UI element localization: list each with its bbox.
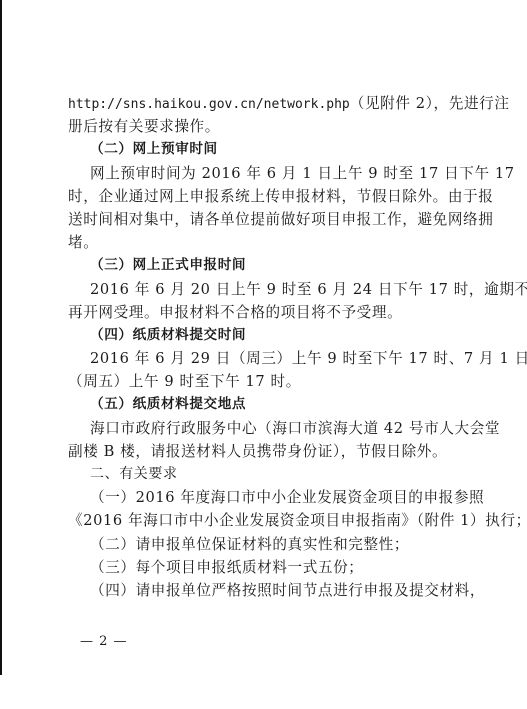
body-line: 副楼 B 楼，请报送材料人员携带身份证），节假日除外。 <box>68 440 440 463</box>
body-line: 2016 年 6 月 20 日上午 9 时至 6 月 24 日下午 17 时，逾… <box>68 278 440 301</box>
section-subheading-online-formal-submission: （三）网上正式申报时间 <box>68 254 440 277</box>
body-line: （四）请申报单位严格按照时间节点进行申报及提交材料， <box>68 579 440 602</box>
body-line: （一）2016 年度海口市中小企业发展资金项目的申报参照 <box>68 486 440 509</box>
body-line: 2016 年 6 月 29 日（周三）上午 9 时至下午 17 时、7 月 1 … <box>68 347 440 370</box>
body-line: （三）每个项目申报纸质材料一式五份； <box>68 556 440 579</box>
body-line: （二）请申报单位保证材料的真实性和完整性； <box>68 533 440 556</box>
url-line: http://sns.haikou.gov.cn/network.php（见附件… <box>68 92 440 115</box>
url-line-rest: （见附件 2），先进行注 <box>350 95 510 112</box>
document-page: http://sns.haikou.gov.cn/network.php（见附件… <box>68 92 440 602</box>
section-heading-requirements: 二、有关要求 <box>68 463 440 486</box>
body-line: （周五）上午 9 时至下午 17 时。 <box>68 370 440 393</box>
body-line: 《2016 年海口市中小企业发展资金项目申报指南》（附件 1）执行； <box>68 509 440 532</box>
section-subheading-paper-submission-location: （五）纸质材料提交地点 <box>68 393 440 416</box>
page-number: — 2 — <box>80 634 128 649</box>
body-line: 网上预审时间为 2016 年 6 月 1 日上午 9 时至 17 日下午 17 <box>68 162 440 185</box>
body-line: 送时间相对集中，请各单位提前做好项目申报工作，避免网络拥 <box>68 208 440 231</box>
network-url-link[interactable]: http://sns.haikou.gov.cn/network.php <box>68 97 350 112</box>
body-line: 时，企业通过网上申报系统上传申报材料，节假日除外。由于报 <box>68 185 440 208</box>
body-line: 堵。 <box>68 231 440 254</box>
page-left-border <box>0 0 2 675</box>
body-line: 再开网受理。申报材料不合格的项目将不予受理。 <box>68 301 440 324</box>
section-subheading-online-pre-review: （二）网上预审时间 <box>68 138 440 161</box>
body-line: 册后按有关要求操作。 <box>68 115 440 138</box>
body-line: 海口市政府行政服务中心（海口市滨海大道 42 号市人大会堂 <box>68 417 440 440</box>
section-subheading-paper-submission-time: （四）纸质材料提交时间 <box>68 324 440 347</box>
